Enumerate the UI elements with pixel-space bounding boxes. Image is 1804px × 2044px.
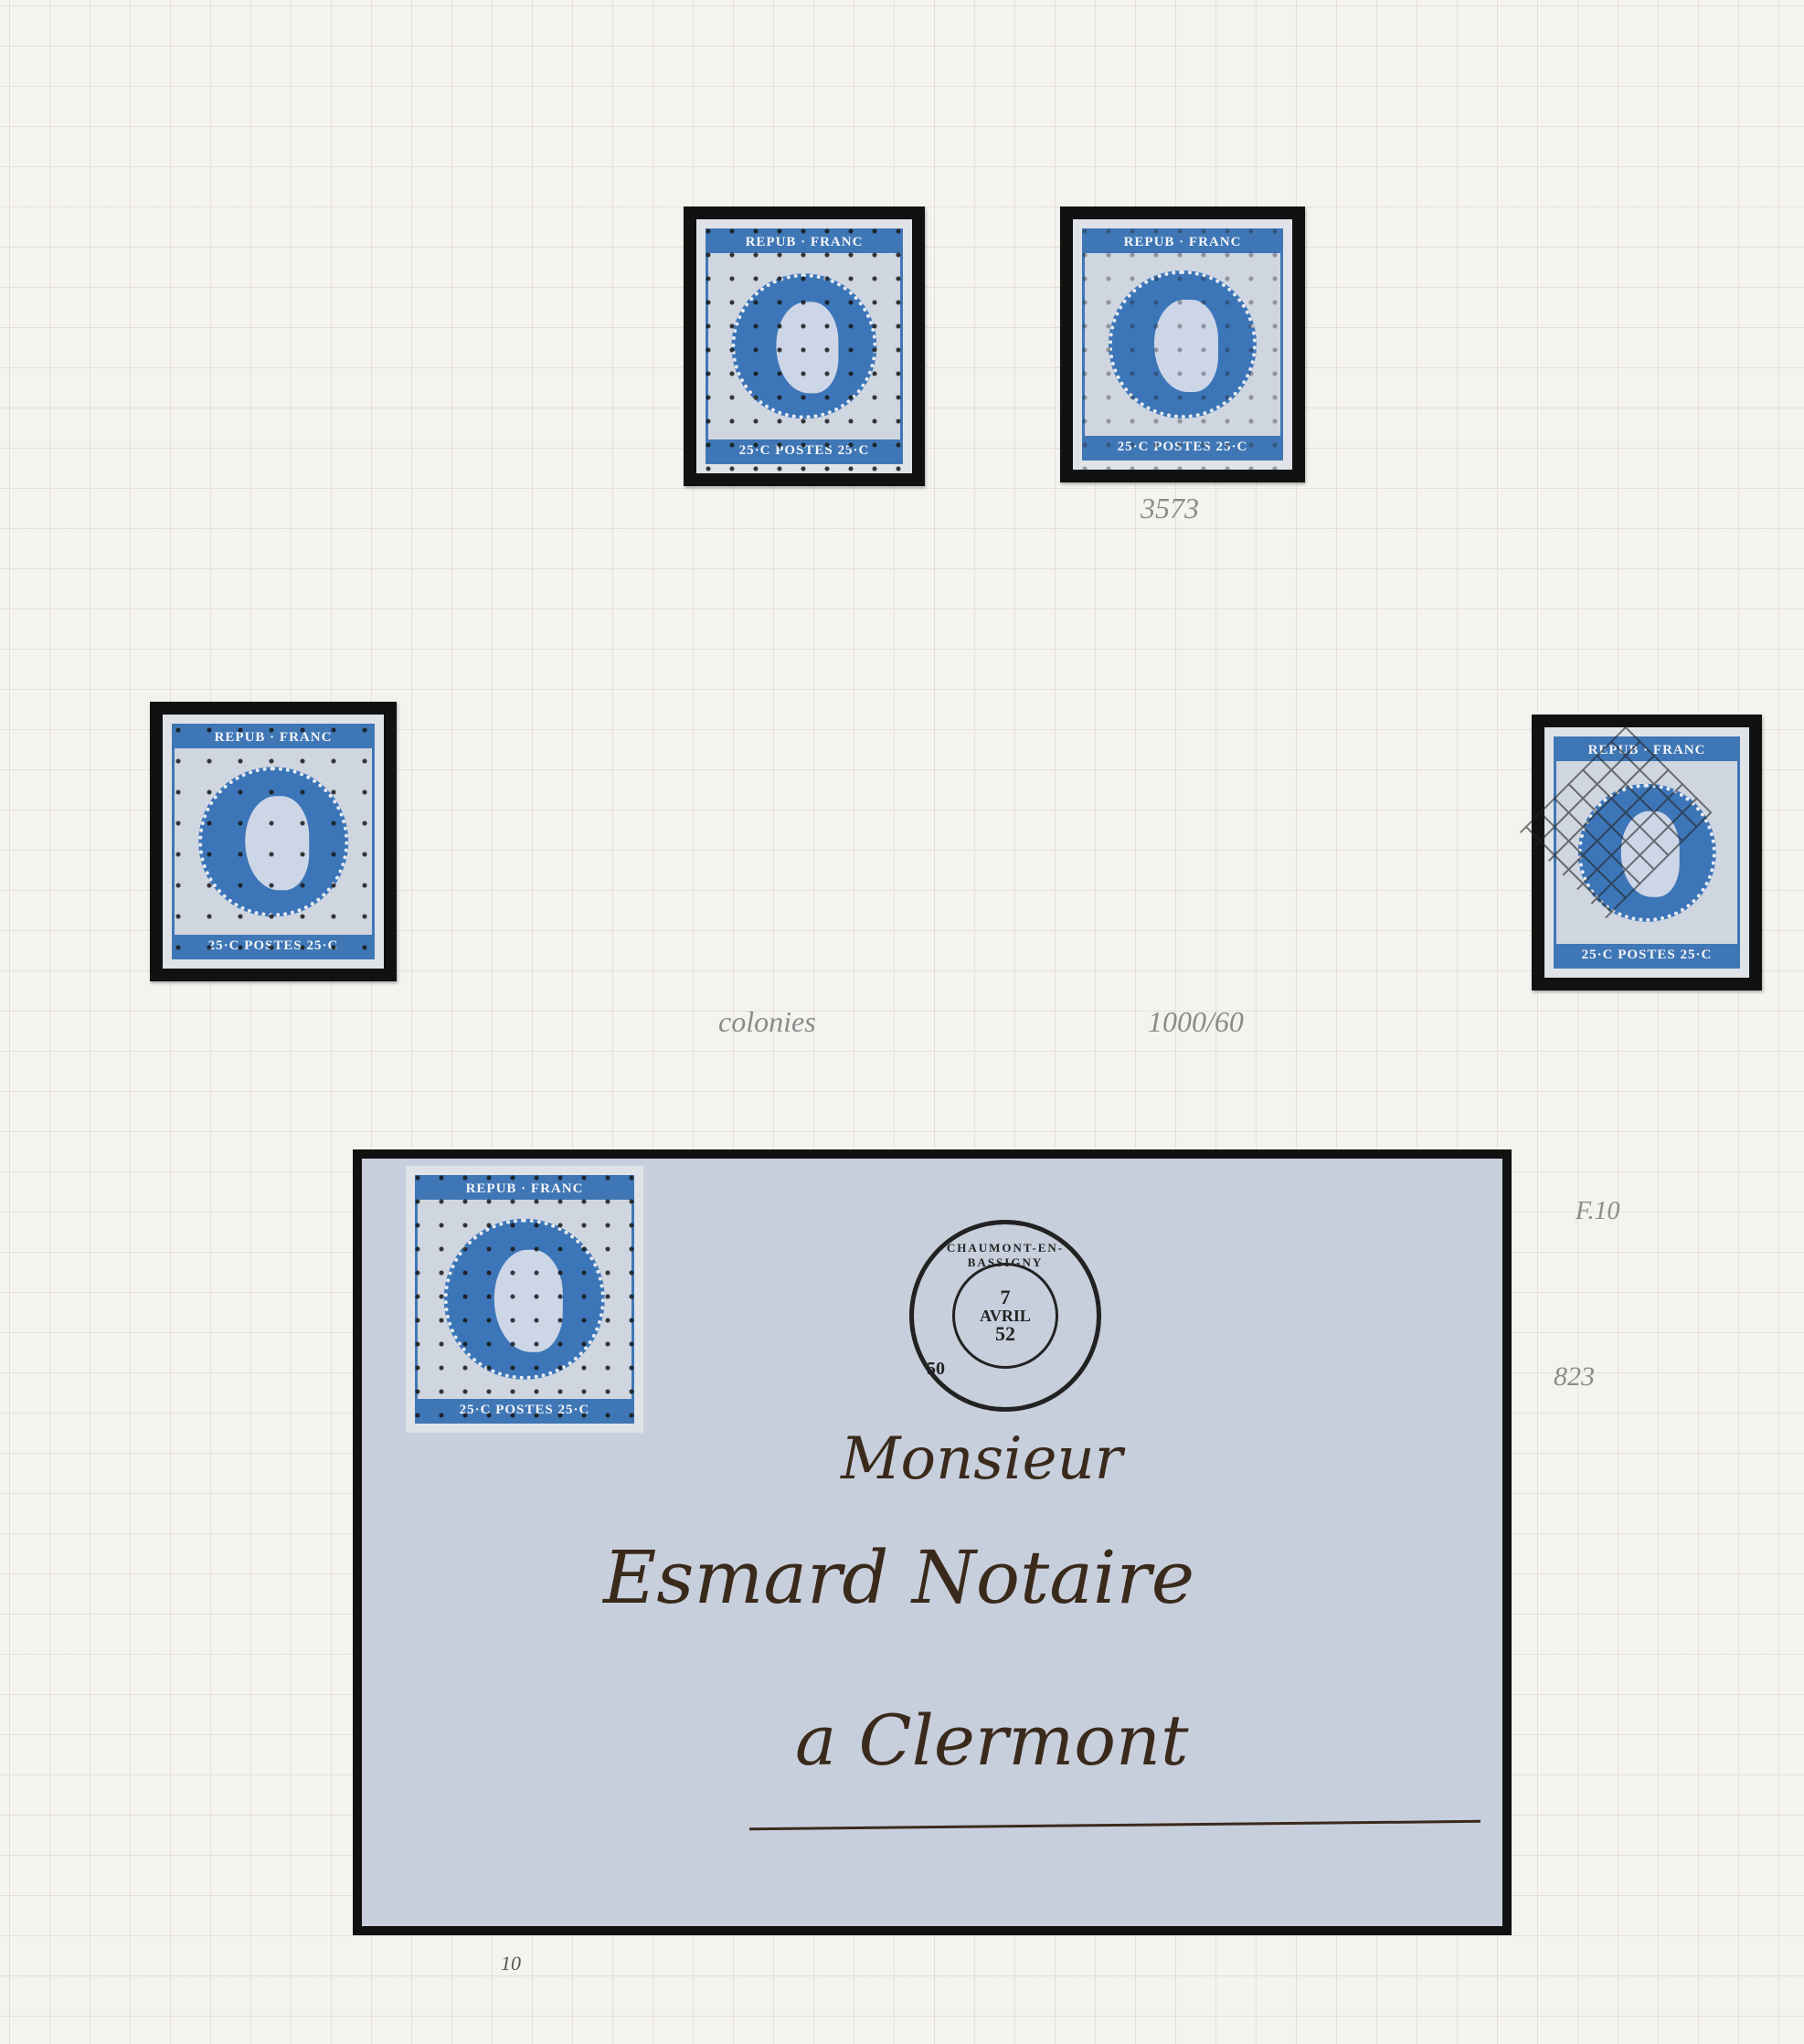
stamp: REPUB · FRANC 25·C POSTES 25·C [1073,219,1292,470]
dotted-cancel-icon [163,715,384,969]
dotted-cancel-icon [406,1166,643,1433]
stamp-mount-top-right: REPUB · FRANC 25·C POSTES 25·C [1060,207,1305,482]
pencil-note-bottom-left: 10 [501,1952,521,1975]
stamp: REPUB · FRANC 25·C POSTES 25·C [163,715,384,969]
pencil-note-right-bottom: 823 [1554,1361,1595,1393]
address-line-1: Monsieur [841,1425,1122,1493]
stamp-mount-top-left: REPUB · FRANC 25·C POSTES 25·C [684,207,925,486]
stamp: REPUB · FRANC 25·C POSTES 25·C [406,1166,643,1433]
postmark-year: 52 [995,1324,1015,1344]
dotted-cancel-icon [696,219,912,473]
pencil-note-price: 1000/60 [1148,1005,1244,1039]
pencil-note-colonies: colonies [718,1005,816,1039]
stamp: REPUB · FRANC 25·C POSTES 25·C [696,219,912,473]
stamp-bottom-inscription: 25·C POSTES 25·C [1556,944,1737,966]
postmark-date: 7 AVRIL 52 [952,1263,1058,1369]
cover-stamp: REPUB · FRANC 25·C POSTES 25·C [406,1166,643,1433]
dotted-cancel-icon [1073,219,1292,470]
datestamp-postmark: CHAUMONT-EN-BASSIGNY 7 AVRIL 52 50 [909,1220,1101,1412]
pencil-note-catalogue: 3573 [1141,492,1199,525]
postmark-department: 50 [927,1359,945,1380]
stamp-mount-middle-left: REPUB · FRANC 25·C POSTES 25·C [150,702,397,981]
stamp: REPUB · FRANC 25·C POSTES 25·C [1544,727,1749,978]
address-line-3: a Clermont [795,1700,1189,1781]
postmark-day: 7 [1001,1287,1011,1308]
address-line-2: Esmard Notaire [603,1535,1194,1620]
pencil-note-right-top: F.10 [1576,1197,1620,1226]
stamp-mount-middle-right: REPUB · FRANC 25·C POSTES 25·C [1532,715,1762,990]
